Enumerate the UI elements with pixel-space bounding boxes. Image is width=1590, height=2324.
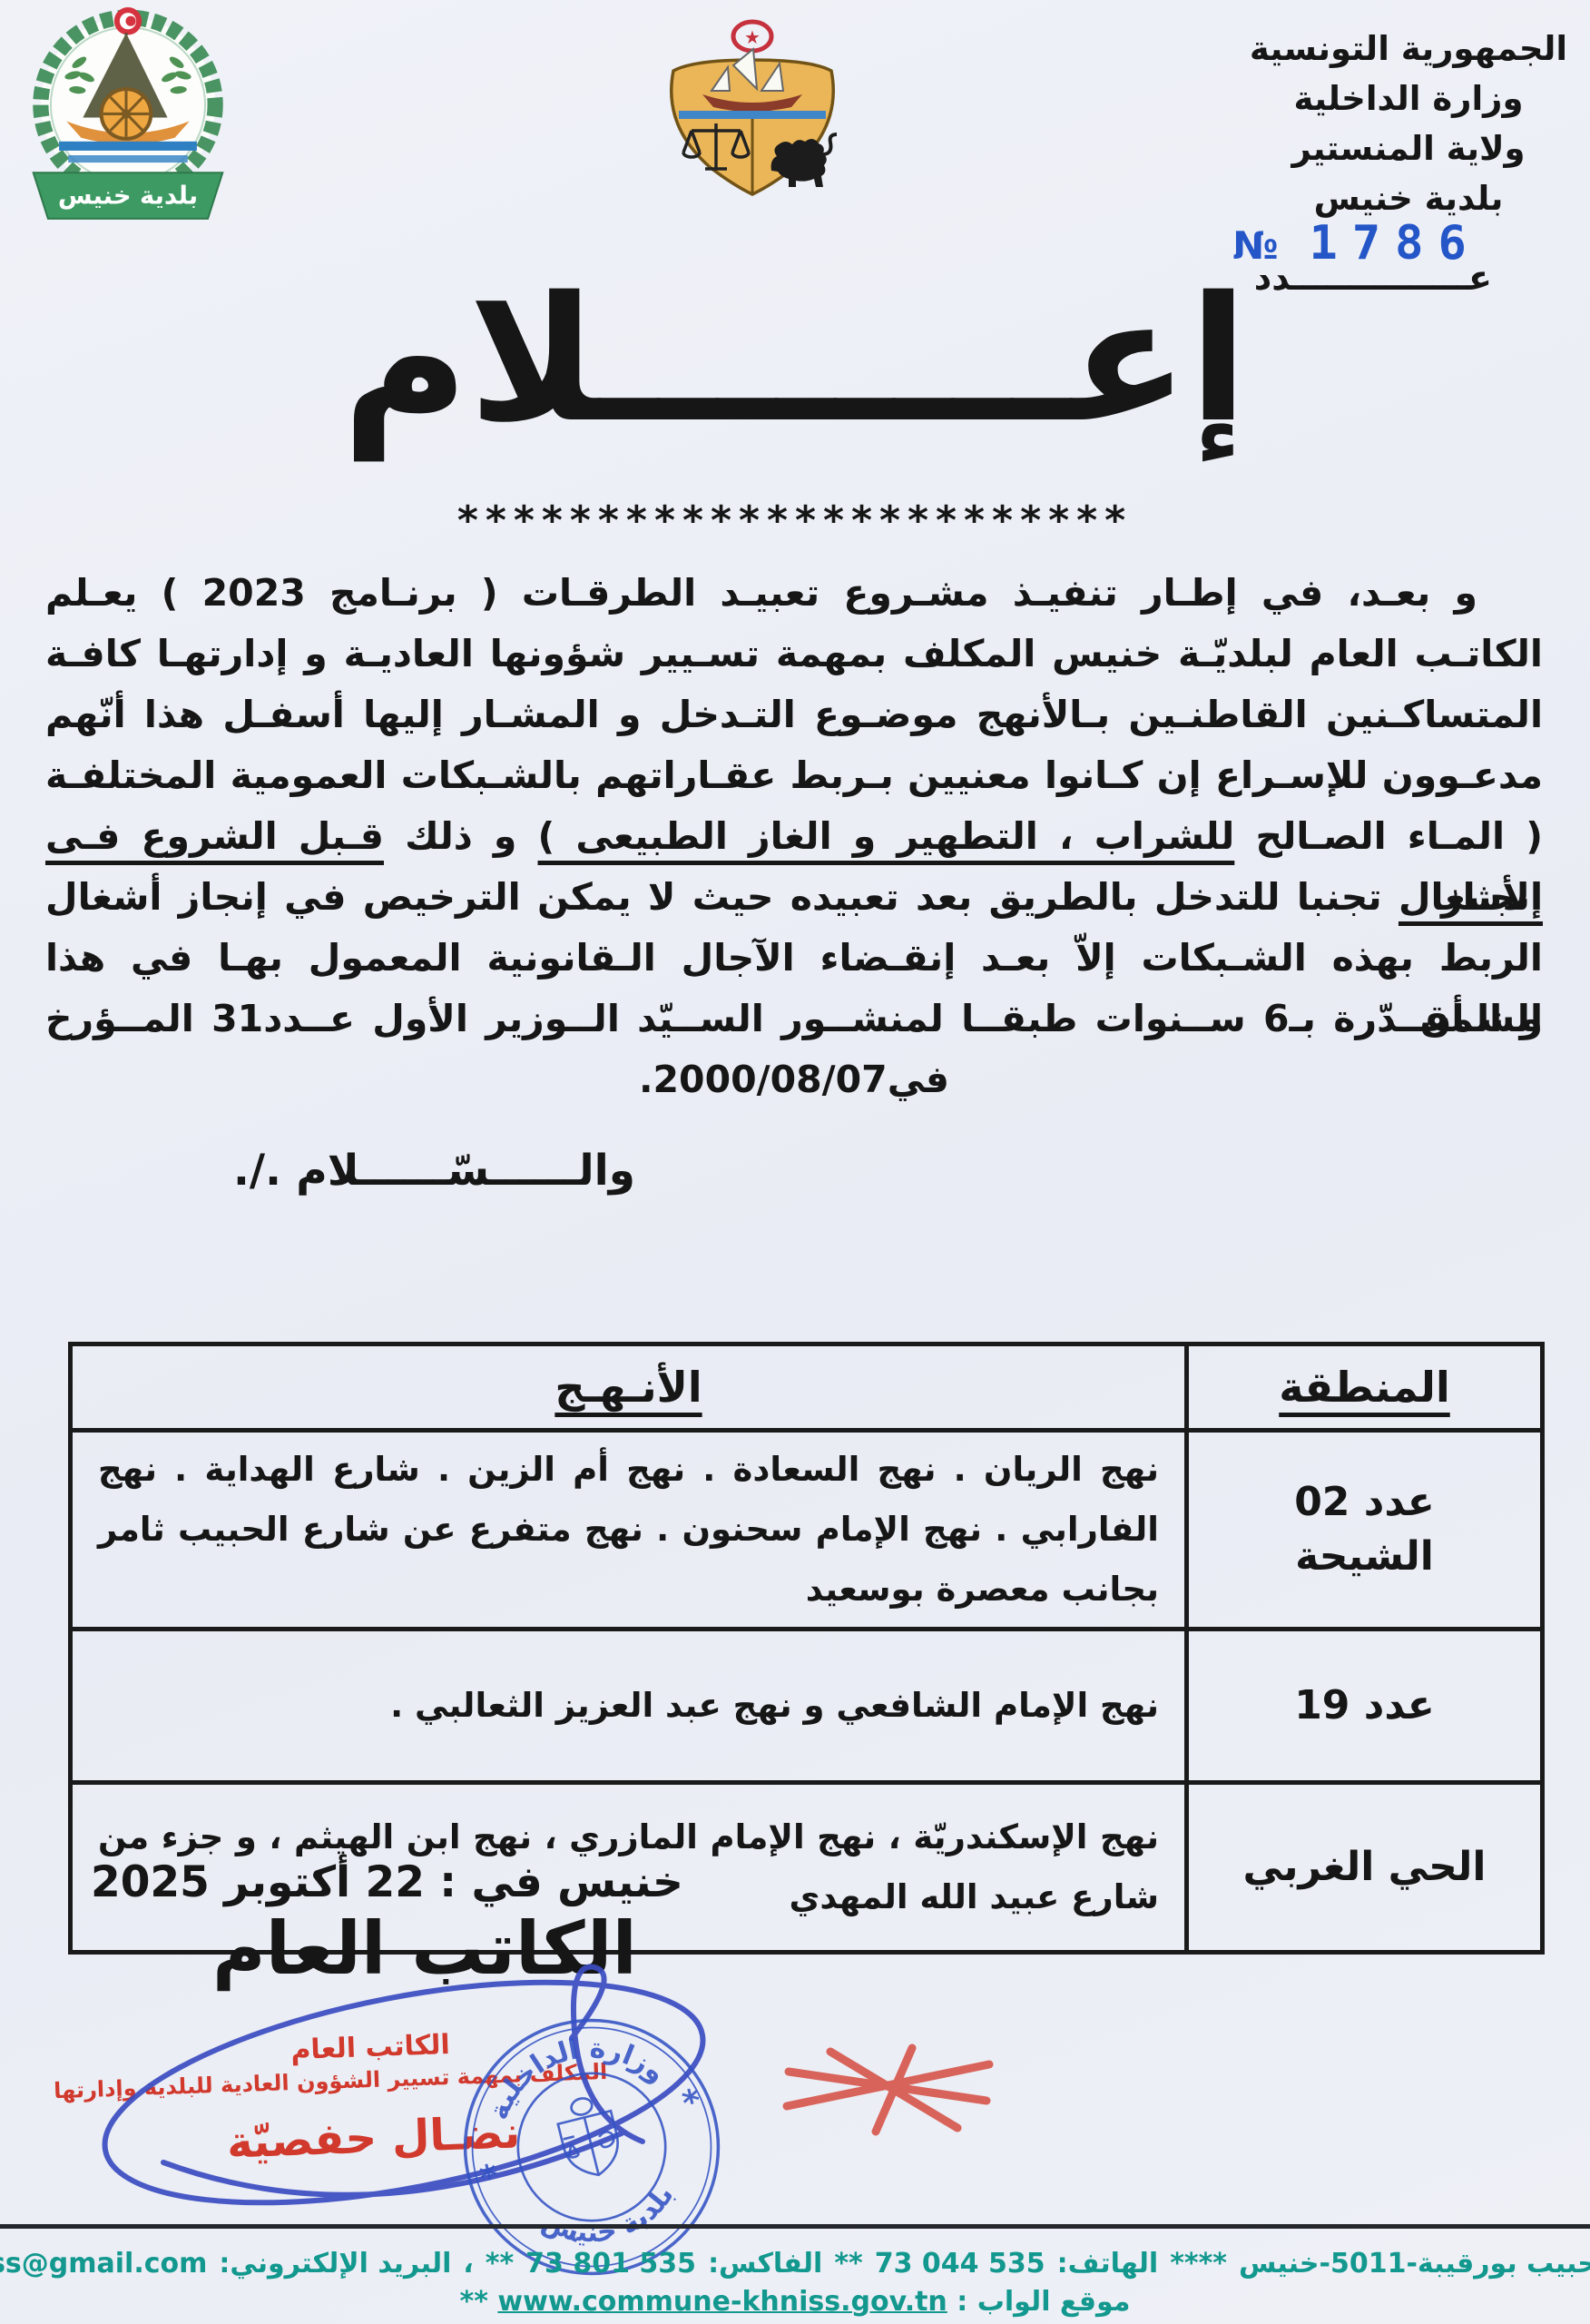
letterhead-agency-block: الجمهورية التونسية وزارة الداخلية ولاية …	[1240, 24, 1577, 223]
website-label: موقع الواب :	[957, 2286, 1130, 2318]
municipality-logo: بلدية خنيس	[20, 5, 236, 231]
email-label: البريد الإلكتروني:	[219, 2248, 451, 2280]
footer-contact-line: العنوان: شارع الحبيب بورقيبة-5011-خنيس *…	[0, 2248, 1590, 2280]
phone-value: 73 044 535	[875, 2248, 1045, 2280]
body-line: و بعـد، في إطـار تنفيـذ مشـروع تعبيـد ال…	[45, 563, 1543, 624]
agency-line-ministry: وزارة الداخلية	[1240, 74, 1577, 123]
title-separator-stars: ************************	[0, 497, 1590, 544]
phone-label: الهاتف:	[1057, 2248, 1159, 2280]
closing-salutation: والــــــسّــــــلام ./.	[233, 1146, 635, 1196]
body-line: الكاتـب العام لبلديّـة خنيس المكلف بمهمة…	[45, 624, 1543, 684]
table-header-row: المنطقة الأنـهـج	[71, 1344, 1543, 1431]
flag-roundel-icon	[114, 7, 142, 34]
document-title: إعــــــــلام	[0, 247, 1590, 474]
separator-stars: ****	[1170, 2248, 1227, 2280]
website-url: www.commune-khniss.gov.tn	[497, 2286, 947, 2318]
address-value: شارع الحبيب بورقيبة-5011-خنيس	[1239, 2248, 1590, 2280]
banner-ribbon: بلدية خنيس	[34, 172, 223, 219]
blue-band	[679, 111, 826, 119]
body-line: الربط بهذه الشـبكات إلاّ بعـد إنقـضاء ال…	[45, 928, 1543, 989]
svg-text:★: ★	[744, 26, 761, 48]
stamp-star-right: *	[679, 2081, 705, 2122]
column-header-zone: المنطقة	[1187, 1344, 1543, 1431]
body-line: مدعـوون للإسـراع إن كـانوا معنيين بـربط …	[45, 745, 1543, 806]
body-paragraph: و بعـد، في إطـار تنفيـذ مشـروع تعبيـد ال…	[45, 563, 1543, 1110]
body-line: و المقــدّرة بـ6 ســنوات طبقــا لمنشــور…	[45, 989, 1543, 1049]
agency-line-governorate: ولاية المنستير	[1240, 123, 1577, 173]
scanned-document-page: بلدية خنيس ★ الجمهورية الت	[0, 0, 1590, 2324]
body-line-date: في2000/08/07.	[45, 1049, 1543, 1110]
fax-value: 73 801 535	[525, 2248, 696, 2280]
place-date-line: خنيس في : 22 أكتوبر 2025	[91, 1857, 683, 1907]
body-line: ( المـاء الصـالح للشراب ، التطهير و الغا…	[45, 806, 1543, 867]
body-line: المتساكـنين القاطنـين بـالأنهج موضـوع ال…	[45, 684, 1543, 745]
stamp-center-emblem-icon	[554, 2093, 625, 2181]
coat-of-arms: ★	[635, 18, 869, 204]
comma-separator: ،	[463, 2248, 473, 2280]
footer-divider	[0, 2224, 1590, 2229]
streets-cell: نهج الإمام الشافعي و نهج عبد العزيز الثع…	[71, 1630, 1187, 1783]
table-row: عدد 19 نهج الإمام الشافعي و نهج عبد العز…	[71, 1630, 1543, 1783]
separator-stars: **	[486, 2248, 514, 2280]
banner-label: بلدية خنيس	[58, 182, 198, 211]
fax-label: الفاكس:	[708, 2248, 822, 2280]
body-line: الأشغال تجنبا للتدخل بالطريق بعد تعبيده …	[45, 867, 1543, 928]
zone-cell: عدد 19	[1187, 1630, 1543, 1783]
footer-website-line: موقع الواب : www.commune-khniss.gov.tn *…	[0, 2286, 1590, 2318]
separator-stars: **	[834, 2248, 862, 2280]
agency-line-republic: الجمهورية التونسية	[1240, 24, 1577, 74]
column-header-streets: الأنـهـج	[71, 1344, 1187, 1431]
zone-cell: الحي الغربي	[1187, 1783, 1543, 1953]
email-value: communekhniss@gmail.com	[0, 2248, 207, 2280]
website-stars: **	[460, 2286, 488, 2318]
stamp-star-left: *	[476, 2156, 503, 2198]
crescent-star-icon: ★	[733, 22, 771, 51]
table-row: عدد 02 الشيحة نهج الريان . نهج السعادة .…	[71, 1431, 1543, 1630]
zone-cell: عدد 02 الشيحة	[1187, 1431, 1543, 1630]
streets-cell: نهج الريان . نهج السعادة . نهج أم الزين …	[71, 1431, 1187, 1630]
red-scribble-mark-icon	[776, 2041, 1003, 2141]
